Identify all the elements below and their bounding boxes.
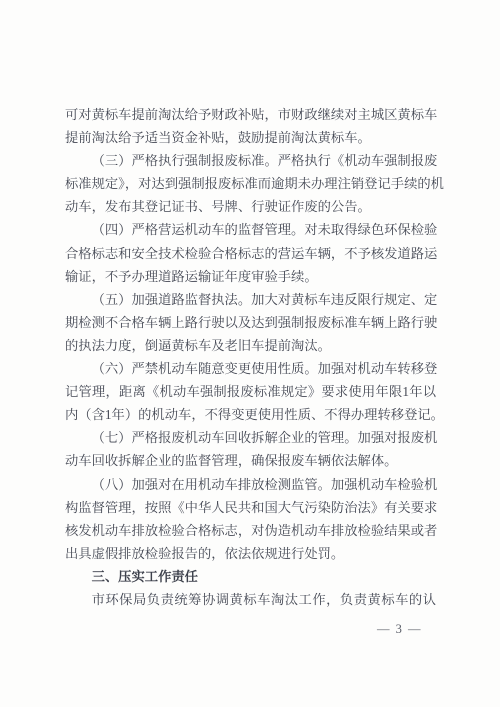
text-line: 可对黄标车提前淘汰给予财政补贴，市财政继续对主城区黄标车 [65,103,436,126]
paragraph-closing: 市环保局负责统筹协调黄标车淘汰工作，负责黄标车的认 [65,588,436,611]
text-line: 合格标志和安全技术检验合格标志的营运车辆，不予核发道路运 [65,242,436,265]
text-line: 提前淘汰给予适当资金补贴，鼓励提前淘汰黄标车。 [65,126,436,149]
text-line: （八）加强对在用机动车排放检测监管。加强机动车检验机 [65,473,436,496]
text-line: 内（含1年）的机动车，不得变更使用性质、不得办理转移登记。 [65,403,436,426]
paragraph-item-3: （三）严格执行强制报废标准。严格执行《机动车强制报废 标准规定》，对达到强制报废… [65,149,436,218]
text-line: 标准规定》，对达到强制报废标准而逾期未办理注销登记手续的机 [65,172,436,195]
text-line: （四）严格营运机动车的监督管理。对未取得绿色环保检验 [65,218,436,241]
text-line: 期检测不合格车辆上路行驶以及达到强制报废标准车辆上路行驶 [65,311,436,334]
page-number: — 3 — [377,622,422,636]
document-page: 可对黄标车提前淘汰给予财政补贴，市财政继续对主城区黄标车 提前淘汰给予适当资金补… [0,0,500,707]
paragraph-item-8: （八）加强对在用机动车排放检测监管。加强机动车检验机 构监督管理，按照《中华人民… [65,473,436,565]
text-line: （七）严格报废机动车回收拆解企业的管理。加强对报废机 [65,426,436,449]
section-heading: 三、压实工作责任 [65,565,436,588]
paragraph-item-4: （四）严格营运机动车的监督管理。对未取得绿色环保检验 合格标志和安全技术检验合格… [65,218,436,287]
paragraph-item-6: （六）严禁机动车随意变更使用性质。加强对机动车转移登 记管理，距离《机动车强制报… [65,357,436,426]
text-line: 记管理，距离《机动车强制报废标准规定》要求使用年限1年以 [65,380,436,403]
text-line: 构监督管理，按照《中华人民共和国大气污染防治法》有关要求 [65,496,436,519]
paragraph-item-7: （七）严格报废机动车回收拆解企业的管理。加强对报废机 动车回收拆解企业的监督管理… [65,426,436,472]
text-line: （三）严格执行强制报废标准。严格执行《机动车强制报废 [65,149,436,172]
section-heading-block: 三、压实工作责任 [65,565,436,588]
text-line: 动车回收拆解企业的监督管理，确保报废车辆依法解体。 [65,449,436,472]
paragraph-continued: 可对黄标车提前淘汰给予财政补贴，市财政继续对主城区黄标车 提前淘汰给予适当资金补… [65,103,436,149]
text-line: 输证，不予办理道路运输证年度审验手续。 [65,265,436,288]
paragraph-item-5: （五）加强道路监督执法。加大对黄标车违反限行规定、定 期检测不合格车辆上路行驶以… [65,288,436,357]
text-line: 出具虚假排放检验报告的，依法依规进行处罚。 [65,542,436,565]
text-line: 的执法力度，倒逼黄标车及老旧车提前淘汰。 [65,334,436,357]
text-line: 动车，发布其登记证书、号牌、行驶证作废的公告。 [65,195,436,218]
text-line: 市环保局负责统筹协调黄标车淘汰工作，负责黄标车的认 [65,588,436,611]
text-line: 核发机动车排放检验合格标志，对伪造机动车排放检验结果或者 [65,519,436,542]
document-body: 可对黄标车提前淘汰给予财政补贴，市财政继续对主城区黄标车 提前淘汰给予适当资金补… [65,103,436,611]
text-line: （五）加强道路监督执法。加大对黄标车违反限行规定、定 [65,288,436,311]
text-line: （六）严禁机动车随意变更使用性质。加强对机动车转移登 [65,357,436,380]
